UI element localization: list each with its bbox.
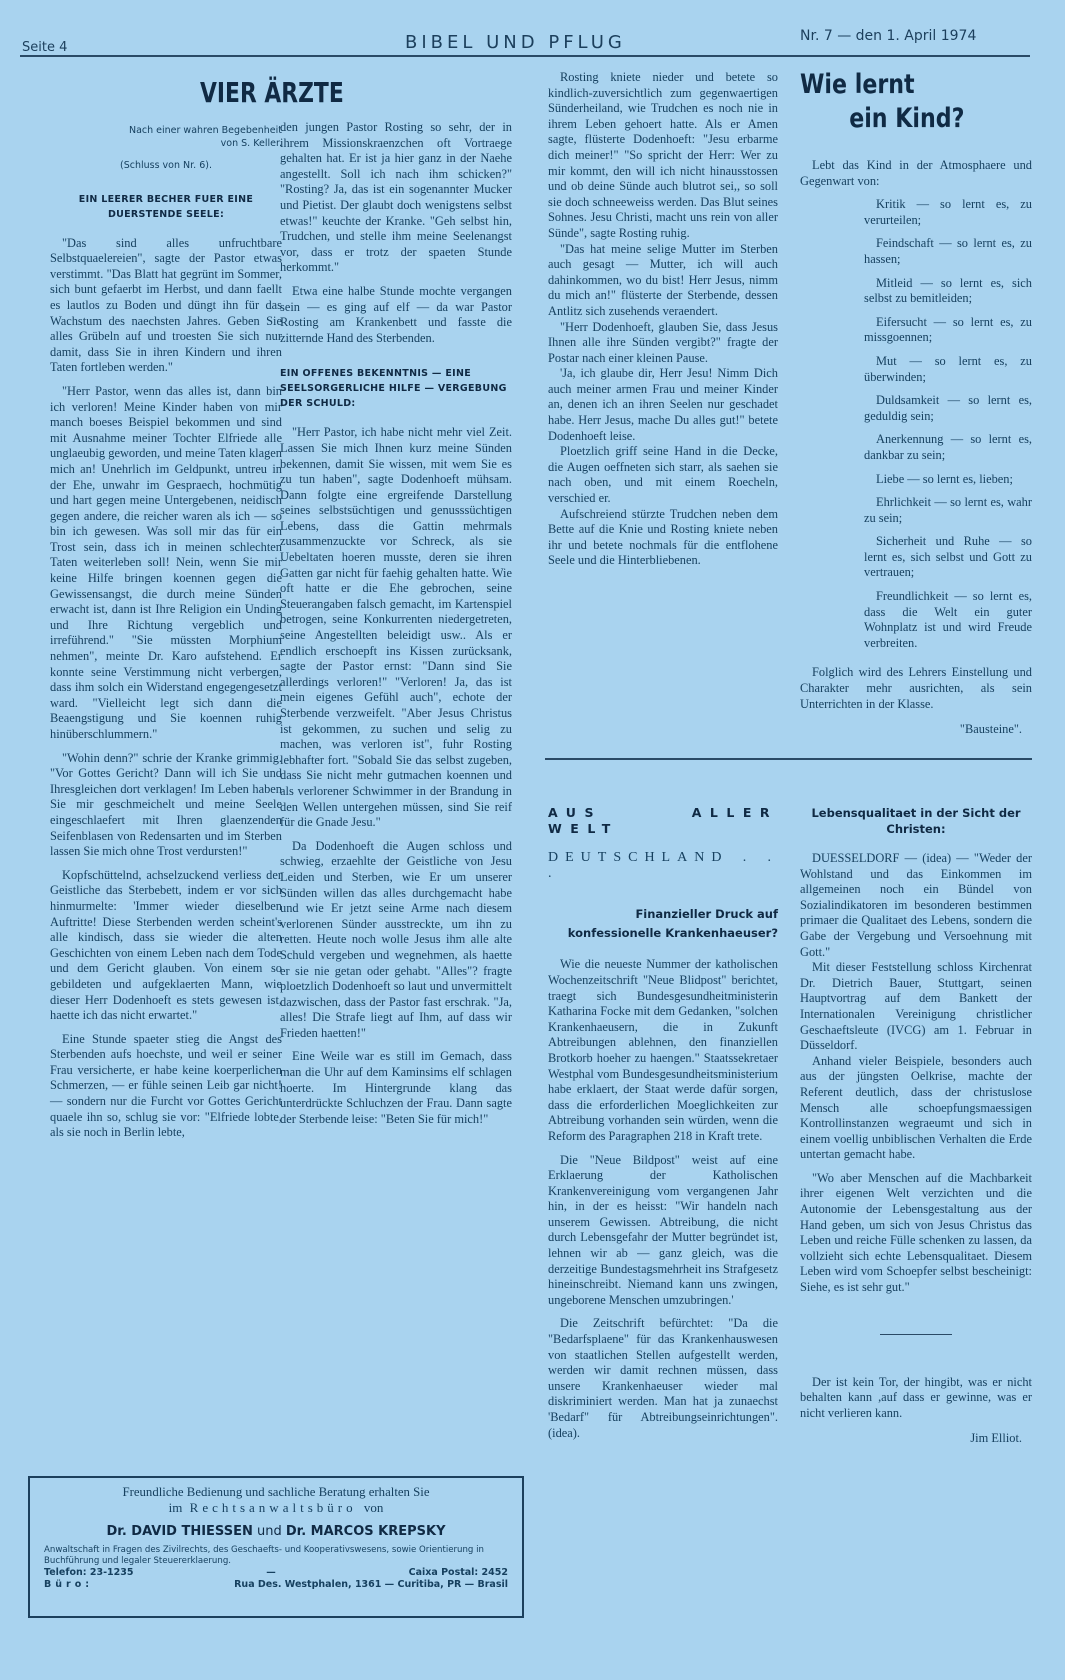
byline-line-1: Nach einer wahren Begebenheit <box>129 125 282 136</box>
paragraph: Eine Stunde spaeter stieg die Angst des … <box>50 1032 282 1141</box>
title-line-2: ein Kind? <box>800 102 964 136</box>
title-line-1: Wie lernt <box>800 69 915 100</box>
paragraph: DUESSELDORF — (idea) — "Weder der Wohlst… <box>800 851 1032 960</box>
poem-intro: Lebt das Kind in der Atmosphaere und Geg… <box>800 158 1032 189</box>
paragraph: "Das sind alles unfruchtbare Selbstquael… <box>50 236 282 376</box>
paragraph: "Herr Pastor, wenn das alles ist, dann b… <box>50 384 282 743</box>
advert-contact-row: Telefon: 23-1235 — Caixa Postal: 2452 <box>30 1567 522 1579</box>
advert-und: und <box>257 1524 282 1539</box>
paragraph: "Das hat meine selige Mutter im Sterben … <box>548 242 778 320</box>
paragraph: Wie die neueste Nummer der katholischen … <box>548 957 778 1144</box>
advert-line-2: im Rechtsanwaltsbüro von <box>30 1500 522 1516</box>
poem-conclusion: Folglich wird des Lehrers Einstellung un… <box>800 665 1032 712</box>
paragraph: "Wohin denn?" schrie der Kranke grimmig.… <box>50 751 282 860</box>
section-divider <box>545 758 1032 760</box>
poem-line: Mut — so lernt es, zu überwinden; <box>800 354 1032 385</box>
quote: Der ist kein Tor, der hingibt, was er ni… <box>800 1375 1032 1422</box>
poem-line: Freundlichkeit — so lernt es, dass die W… <box>800 589 1032 651</box>
paragraph: Ploetzlich griff seine Hand in die Decke… <box>548 444 778 506</box>
paragraph: "Herr Dodenhoeft, glauben Sie, dass Jesu… <box>548 320 778 367</box>
paragraph: 'Ja, ich glaube dir, Herr Jesu! Nimm Dic… <box>548 366 778 444</box>
advert-line-1: Freundliche Bedienung und sachliche Bera… <box>30 1484 522 1500</box>
news-subhead: Lebensqualitaet in der Sicht der Christe… <box>800 805 1032 837</box>
news-subhead: Finanzieller Druck auf konfessionelle Kr… <box>548 905 778 943</box>
advert-names: Dr. DAVID THIESSEN und Dr. MARCOS KREPSK… <box>30 1524 522 1539</box>
article-column-3: Rosting kniete nieder und betete so kind… <box>548 70 778 569</box>
paragraph: Rosting kniete nieder und betete so kind… <box>548 70 778 242</box>
advert-dash: — <box>266 1567 276 1579</box>
poem-line: Eifersucht — so lernt es, zu missgoennen… <box>800 315 1032 346</box>
continuation-note: (Schluss von Nr. 6). <box>50 158 282 174</box>
advert-prefix: im <box>169 1500 183 1515</box>
country-heading: DEUTSCHLAND . . . <box>548 850 778 881</box>
paragraph: Aufschreiend stürzte Trudchen neben dem … <box>548 507 778 569</box>
lebensqualitaet-column: Lebensqualitaet in der Sicht der Christe… <box>800 805 1032 1447</box>
paragraph: "Herr Pastor, ich habe nicht mehr viel Z… <box>280 425 512 830</box>
masthead-title: BIBEL UND PFLUG <box>405 32 626 53</box>
advert-address: Rua Des. Westphalen, 1361 — Curitiba, PR… <box>234 1579 508 1591</box>
poem-source: "Bausteine". <box>800 722 1032 738</box>
header-rule <box>20 55 1030 57</box>
article-title-wie-lernt: Wie lernt ein Kind? <box>800 68 964 136</box>
paragraph: Mit dieser Feststellung schloss Kirchenr… <box>800 960 1032 1054</box>
issue-date: Nr. 7 — den 1. April 1974 <box>800 28 976 44</box>
paragraph: Da Dodenhoeft die Augen schloss und schw… <box>280 839 512 1042</box>
poem-line: Anerkennung — so lernt es, dankbar zu se… <box>800 432 1032 463</box>
lawyer-name-1: Dr. DAVID THIESSEN <box>106 1524 252 1539</box>
poem-column: Lebt das Kind in der Atmosphaere und Geg… <box>800 158 1032 738</box>
paragraph: Anhand vieler Beispiele, besonders auch … <box>800 1054 1032 1163</box>
poem-line: Mitleid — so lernt es, sich selbst zu be… <box>800 276 1032 307</box>
lawyer-name-2: Dr. MARCOS KREPSKY <box>286 1524 446 1539</box>
article-column-1: Nach einer wahren Begebenheit von S. Kel… <box>50 80 282 1141</box>
section-heading: AUS ALLER WELT <box>548 805 778 836</box>
poem-line: Ehrlichkeit — so lernt es, wahr zu sein; <box>800 495 1032 526</box>
advert-telephone: Telefon: 23-1235 <box>44 1567 134 1579</box>
advert-office: Rechtsanwaltsbüro <box>190 1500 357 1515</box>
paragraph: Die "Neue Bildpost" weist auf eine Erkla… <box>548 1153 778 1309</box>
advert-description: Anwaltschaft in Fragen des Zivilrechts, … <box>30 1539 522 1567</box>
advert-office-label: Büro: <box>44 1579 93 1591</box>
advert-address-row: Büro: Rua Des. Westphalen, 1361 — Curiti… <box>30 1579 522 1591</box>
byline-line-2: von S. Keller. <box>221 138 282 149</box>
advert-suffix: von <box>364 1500 384 1515</box>
poem-line: Kritik — so lernt es, zu verurteilen; <box>800 197 1032 228</box>
page-number: Seite 4 <box>22 40 67 55</box>
article-column-2: den jungen Pastor Rosting so sehr, der i… <box>280 120 512 1135</box>
paragraph: den jungen Pastor Rosting so sehr, der i… <box>280 120 512 276</box>
paragraph: "Wo aber Menschen auf die Machbarkeit ih… <box>800 1171 1032 1296</box>
law-office-advert: Freundliche Bedienung und sachliche Bera… <box>28 1476 524 1618</box>
poem-line: Liebe — so lernt es, lieben; <box>800 472 1032 488</box>
section-subhead: EIN LEERER BECHER FUER EINE DUERSTENDE S… <box>50 192 282 222</box>
paragraph: Eine Weile war es still im Gemach, dass … <box>280 1049 512 1127</box>
news-column: AUS ALLER WELT DEUTSCHLAND . . . Finanzi… <box>548 805 778 1449</box>
byline: Nach einer wahren Begebenheit von S. Kel… <box>50 124 282 150</box>
paragraph: Die Zeitschrift befürchtet: "Da die "Bed… <box>548 1316 778 1441</box>
paragraph: Etwa eine halbe Stunde mochte vergangen … <box>280 284 512 346</box>
paragraph: Kopfschüttelnd, achselzuckend verliess d… <box>50 868 282 1024</box>
short-divider <box>880 1334 952 1335</box>
advert-postbox: Caixa Postal: 2452 <box>409 1567 508 1579</box>
poem-line: Sicherheit und Ruhe — so lernt es, sich … <box>800 534 1032 581</box>
poem-line: Duldsamkeit — so lernt es, geduldig sein… <box>800 393 1032 424</box>
quote-author: Jim Elliot. <box>800 1431 1032 1447</box>
poem-line: Feindschaft — so lernt es, zu hassen; <box>800 236 1032 267</box>
section-subhead: EIN OFFENES BEKENNTNIS — EINE SEELSORGER… <box>280 366 512 411</box>
